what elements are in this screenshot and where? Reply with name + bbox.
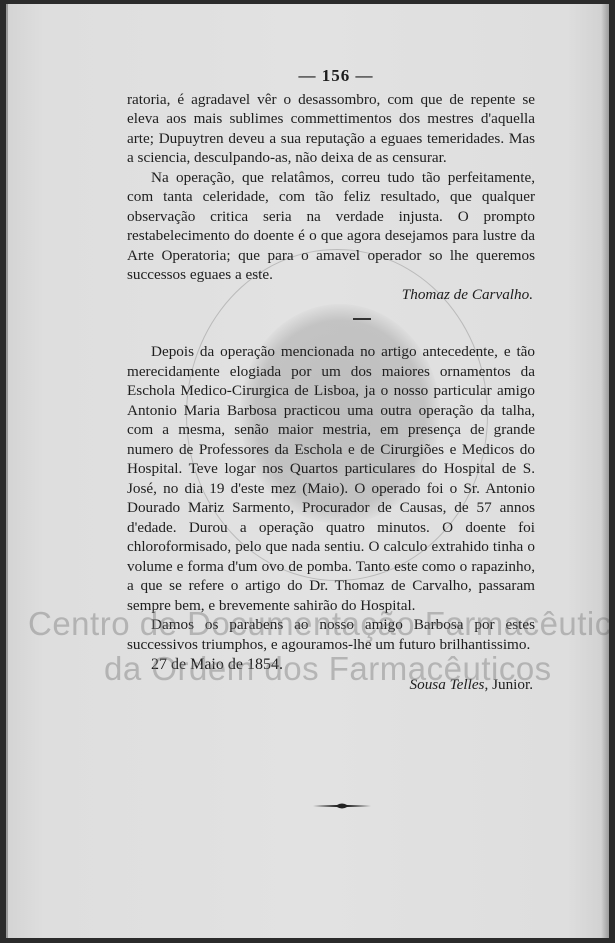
paragraph-continuation: ratoria, é agradavel vêr o desassombro, … xyxy=(127,90,535,168)
paragraph-second-operation: Depois da operação mencionada no artigo … xyxy=(127,342,535,615)
watermark-line-2: da Ordem dos Farmacêuticos xyxy=(104,650,609,688)
signature-thomaz-de-carvalho: Thomaz de Carvalho. xyxy=(127,285,535,305)
watermark-line-1: Centro de Documentação Farmacêutica xyxy=(28,605,609,643)
paragraph-operation-review: Na operação, que relatâmos, correu tudo … xyxy=(127,168,535,285)
end-ornament-icon xyxy=(313,803,371,809)
section-divider xyxy=(353,318,371,320)
page-content: — 156 — ratoria, é agradavel vêr o desas… xyxy=(127,66,535,694)
scanned-page: — 156 — ratoria, é agradavel vêr o desas… xyxy=(6,4,609,938)
page-number: — 156 — xyxy=(137,66,535,86)
